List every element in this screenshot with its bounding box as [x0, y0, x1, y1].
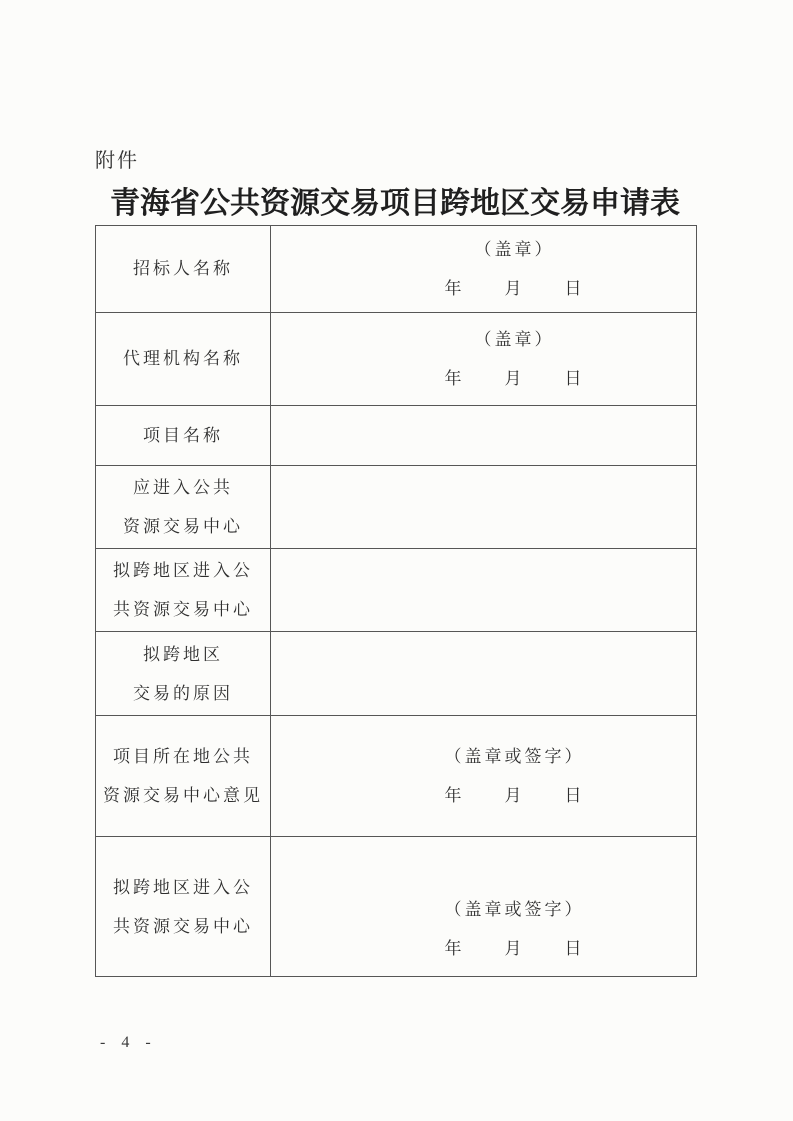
row-value-empty	[271, 632, 697, 716]
table-row-project-name: 项目名称	[96, 406, 697, 466]
row-label: 拟跨地区进入公 共资源交易中心	[96, 837, 271, 977]
application-form-table: 招标人名称 （盖章） 年 月 日 代理机构名称 （盖章） 年 月 日 项目名称 …	[95, 225, 697, 977]
table-row-agency-name: 代理机构名称 （盖章） 年 月 日	[96, 313, 697, 406]
row-value-stamp-sign-date: （盖章或签字） 年 月 日	[271, 716, 697, 837]
row-label: 招标人名称	[96, 226, 271, 313]
row-value-stamp-sign-date: （盖章或签字） 年 月 日	[271, 837, 697, 977]
table-row-local-center-opinion: 项目所在地公共 资源交易中心意见 （盖章或签字） 年 月 日	[96, 716, 697, 837]
row-value-empty	[271, 406, 697, 466]
table-row-target-center-opinion: 拟跨地区进入公 共资源交易中心 （盖章或签字） 年 月 日	[96, 837, 697, 977]
table-row-bidder-name: 招标人名称 （盖章） 年 月 日	[96, 226, 697, 313]
row-value-stamp-date: （盖章） 年 月 日	[271, 226, 697, 313]
row-label: 拟跨地区 交易的原因	[96, 632, 271, 716]
row-value-empty	[271, 466, 697, 549]
table-row-cross-region-reason: 拟跨地区 交易的原因	[96, 632, 697, 716]
row-label: 拟跨地区进入公 共资源交易中心	[96, 549, 271, 632]
row-label: 项目所在地公共 资源交易中心意见	[96, 716, 271, 837]
row-label: 项目名称	[96, 406, 271, 466]
row-label: 代理机构名称	[96, 313, 271, 406]
page-number: - 4 -	[100, 1034, 157, 1052]
row-value-stamp-date: （盖章） 年 月 日	[271, 313, 697, 406]
document-page: 附件 青海省公共资源交易项目跨地区交易申请表 招标人名称 （盖章） 年 月 日 …	[0, 0, 793, 1121]
table-row-should-enter-center: 应进入公共 资源交易中心	[96, 466, 697, 549]
row-label: 应进入公共 资源交易中心	[96, 466, 271, 549]
row-value-empty	[271, 549, 697, 632]
table-row-intend-cross-region-center: 拟跨地区进入公 共资源交易中心	[96, 549, 697, 632]
attachment-label: 附件	[95, 144, 139, 173]
page-title: 青海省公共资源交易项目跨地区交易申请表	[85, 178, 705, 222]
